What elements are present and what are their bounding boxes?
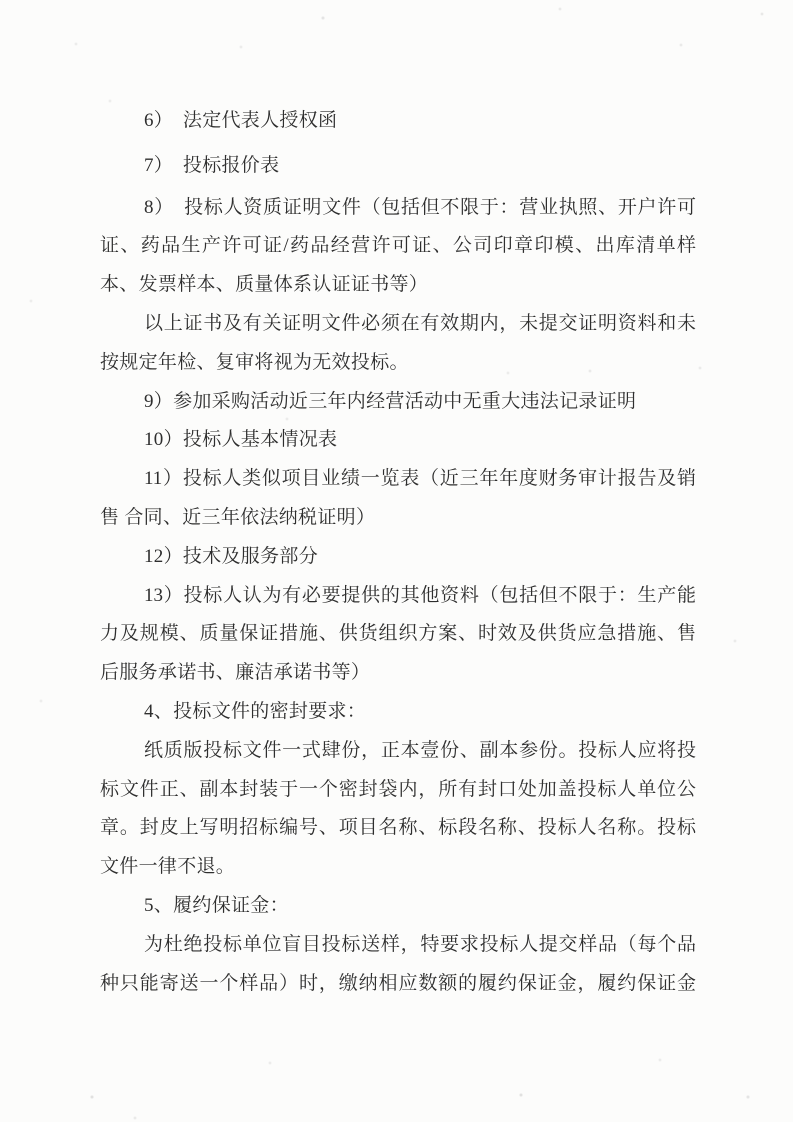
document-line: 证、药品生产许可证/药品经营许可证、公司印章印模、出库清单样 [100,227,696,266]
document-line: 力及规模、质量保证措施、供货组织方案、时效及供货应急措施、售 [100,615,696,654]
document-line: 6） 法定代表人授权函 [100,102,696,141]
document-line: 13）投标人认为有必要提供的其他资料（包括但不限于：生产能 [100,577,696,616]
document-content: 6） 法定代表人授权函7） 投标报价表8） 投标人资质证明文件（包括但不限于：营… [100,102,696,1003]
document-line: 11）投标人类似项目业绩一览表（近三年年度财务审计报告及销 [100,460,696,499]
document-line: 为杜绝投标单位盲目投标送样，特要求投标人提交样品（每个品 [100,926,696,965]
document-line: 7） 投标报价表 [100,147,696,186]
document-line: 章。封皮上写明招标编号、项目名称、标段名称、投标人名称。投标 [100,809,696,848]
document-line: 种只能寄送一个样品）时，缴纳相应数额的履约保证金，履约保证金 [100,965,696,1004]
scanned-document-page: 6） 法定代表人授权函7） 投标报价表8） 投标人资质证明文件（包括但不限于：营… [0,0,793,1122]
document-line: 纸质版投标文件一式肆份，正本壹份、副本参份。投标人应将投 [100,732,696,771]
document-line: 本、发票样本、质量体系认证证书等） [100,266,696,305]
document-line: 售 合同、近三年依法纳税证明） [100,499,696,538]
document-line: 标文件正、副本封装于一个密封袋内，所有封口处加盖投标人单位公 [100,771,696,810]
document-line: 8） 投标人资质证明文件（包括但不限于：营业执照、开户许可 [100,189,696,228]
document-line: 后服务承诺书、廉洁承诺书等） [100,654,696,693]
document-line: 以上证书及有关证明文件必须在有效期内，未提交证明资料和未 [100,305,696,344]
document-line: 4、投标文件的密封要求： [100,693,696,732]
document-line: 5、履约保证金： [100,887,696,926]
document-line: 文件一律不退。 [100,848,696,887]
document-line: 12）技术及服务部分 [100,538,696,577]
document-line: 9）参加采购活动近三年内经营活动中无重大违法记录证明 [100,383,696,422]
document-line: 10）投标人基本情况表 [100,421,696,460]
document-line: 按规定年检、复审将视为无效投标。 [100,344,696,383]
